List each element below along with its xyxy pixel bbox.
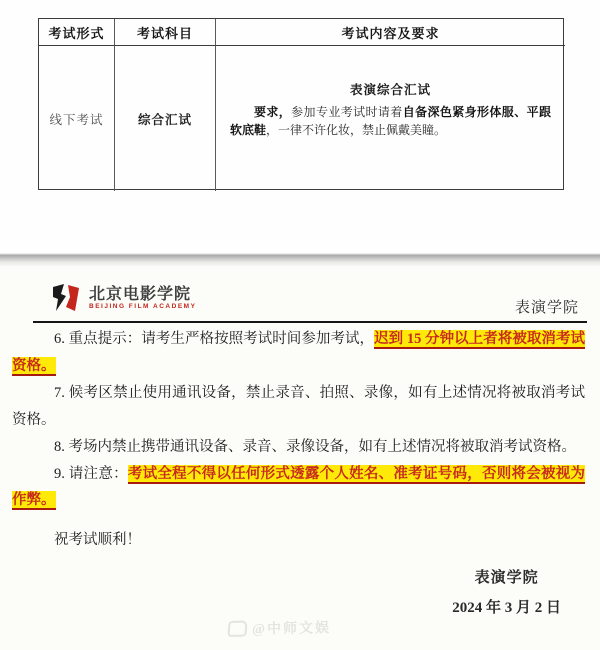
department-name: 表演学院	[515, 296, 579, 317]
notice-item-8-text: 8. 考场内禁止携带通讯设备、录音、录像设备，如有上述情况将被取消考试资格。	[54, 439, 576, 455]
notice-item-8: 8. 考场内禁止携带通讯设备、录音、录像设备，如有上述情况将被取消考试资格。	[12, 434, 585, 461]
notice-body: 6. 重点提示：请考生严格按照考试时间参加考试，迟到 15 分钟以上者将被取消考…	[12, 326, 585, 623]
notice-item-7: 7. 候考区禁止使用通讯设备，禁止录音、拍照、录像，如有上述情况将被取消考试资格…	[12, 380, 585, 434]
letterhead: 北京电影学院 BEIJING FILM ACADEMY 表演学院	[0, 266, 600, 322]
header-rule	[33, 321, 587, 323]
cell-exam-content: 表演综合汇试 要求，参加专业考试时请着自备深色紧身形体服、平跟软底鞋，一律不许化…	[216, 46, 565, 191]
cell-exam-subject: 综合汇试	[115, 46, 216, 191]
exam-table: 考试形式 考试科目 考试内容及要求 线下考试 综合汇试 表演综合汇试 要求，参加…	[38, 18, 564, 190]
notice-item-9-text: 9. 请注意：	[54, 466, 128, 482]
notice-item-9: 9. 请注意：考试全程不得以任何形式透露个人姓名、准考证号码，否则将会被视为作弊…	[12, 461, 585, 515]
exam-content-title: 表演综合汇试	[230, 80, 551, 98]
signature-date: 2024 年 3 月 2 日	[452, 593, 561, 623]
bfa-logo-chinese-name: 北京电影学院	[89, 286, 196, 303]
requirement-text-2: ，一律不许化妆，禁止佩戴美瞳。	[266, 123, 446, 137]
bfa-logo: 北京电影学院 BEIJING FILM ACADEMY	[52, 284, 196, 312]
notice-item-6-text: 6. 重点提示：请考生严格按照考试时间参加考试，	[54, 331, 374, 347]
table-header-exam-content: 考试内容及要求	[216, 19, 565, 46]
notice-page: 北京电影学院 BEIJING FILM ACADEMY 表演学院 6. 重点提示…	[0, 266, 600, 650]
requirement-label: 要求，	[254, 105, 291, 119]
exam-table-page: 考试形式 考试科目 考试内容及要求 线下考试 综合汇试 表演综合汇试 要求，参加…	[0, 0, 600, 253]
watermark-icon	[227, 621, 247, 637]
notice-item-6: 6. 重点提示：请考生严格按照考试时间参加考试，迟到 15 分钟以上者将被取消考…	[12, 326, 585, 380]
watermark-text: @中师文娱	[252, 617, 331, 638]
table-header-exam-format: 考试形式	[39, 19, 115, 46]
requirement-text-1: 参加专业考试时请着	[291, 105, 403, 119]
bfa-logo-icon	[52, 284, 82, 312]
cell-exam-format: 线下考试	[39, 46, 115, 191]
signature-department: 表演学院	[452, 563, 561, 593]
exam-content-requirements: 要求，参加专业考试时请着自备深色紧身形体服、平跟软底鞋，一律不许化妆，禁止佩戴美…	[230, 103, 551, 139]
bfa-logo-english-name: BEIJING FILM ACADEMY	[89, 303, 196, 311]
notice-item-7-text: 7. 候考区禁止使用通讯设备，禁止录音、拍照、录像，如有上述情况将被取消考试资格…	[12, 385, 585, 428]
closing-wish: 祝考试顺利！	[12, 527, 585, 554]
signature-block: 表演学院 2024 年 3 月 2 日	[12, 563, 585, 623]
table-header-exam-subject: 考试科目	[115, 19, 216, 46]
watermark: @中师文娱	[228, 617, 331, 639]
bfa-logo-text: 北京电影学院 BEIJING FILM ACADEMY	[89, 286, 196, 311]
page-break-divider	[0, 253, 600, 266]
